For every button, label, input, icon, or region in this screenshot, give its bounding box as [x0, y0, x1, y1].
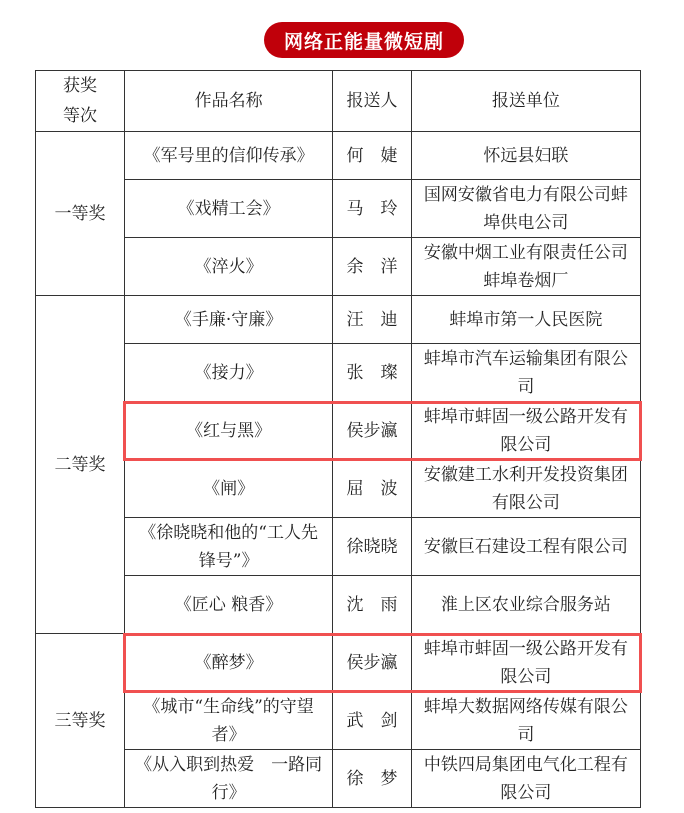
- unit-cell: 安徽巨石建设工程有限公司: [411, 518, 640, 576]
- table-row: 三等奖《醉梦》侯步瀛蚌埠市蚌固一级公路开发有限公司: [36, 634, 641, 692]
- table-row: 《红与黑》侯步瀛蚌埠市蚌固一级公路开发有限公司: [36, 402, 641, 460]
- work-cell: 《军号里的信仰传承》: [124, 132, 332, 180]
- work-cell: 《闸》: [124, 460, 332, 518]
- rank-cell: 二等奖: [36, 296, 125, 634]
- person-cell: 武 剑: [333, 692, 412, 750]
- unit-cell: 中铁四局集团电气化工程有限公司: [411, 750, 640, 808]
- unit-cell: 蚌埠市蚌固一级公路开发有限公司: [411, 634, 640, 692]
- header-rank-line2: 等次: [63, 106, 97, 126]
- header-work: 作品名称: [124, 71, 332, 132]
- person-cell: 侯步瀛: [333, 634, 412, 692]
- work-cell: 《醉梦》: [124, 634, 332, 692]
- header-rank: 获奖等次: [36, 71, 125, 132]
- unit-cell: 蚌埠大数据网络传媒有限公司: [411, 692, 640, 750]
- header-person: 报送人: [333, 71, 412, 132]
- work-cell: 《接力》: [124, 344, 332, 402]
- title-area: 网络正能量微短剧: [0, 0, 684, 68]
- person-cell: 汪 迪: [333, 296, 412, 344]
- person-cell: 徐 梦: [333, 750, 412, 808]
- section-title-badge: 网络正能量微短剧: [264, 22, 464, 58]
- work-cell: 《徐晓晓和他的“工人先锋号”》: [124, 518, 332, 576]
- person-cell: 屈 波: [333, 460, 412, 518]
- person-cell: 马 玲: [333, 180, 412, 238]
- table-row: 一等奖《军号里的信仰传承》何 婕怀远县妇联: [36, 132, 641, 180]
- table-row: 《戏精工会》马 玲国网安徽省电力有限公司蚌埠供电公司: [36, 180, 641, 238]
- table-header-row: 获奖等次 作品名称 报送人 报送单位: [36, 71, 641, 132]
- work-cell: 《从入职到热爱 一路同行》: [124, 750, 332, 808]
- work-cell: 《红与黑》: [124, 402, 332, 460]
- table-row: 《淬火》余 洋安徽中烟工业有限责任公司蚌埠卷烟厂: [36, 238, 641, 296]
- unit-cell: 蚌埠市第一人民医院: [411, 296, 640, 344]
- person-cell: 徐晓晓: [333, 518, 412, 576]
- rank-cell: 一等奖: [36, 132, 125, 296]
- header-unit: 报送单位: [411, 71, 640, 132]
- unit-cell: 怀远县妇联: [411, 132, 640, 180]
- unit-cell: 安徽建工水利开发投资集团有限公司: [411, 460, 640, 518]
- unit-cell: 蚌埠市蚌固一级公路开发有限公司: [411, 402, 640, 460]
- work-cell: 《匠心 粮香》: [124, 576, 332, 634]
- table-row: 《接力》张 璨蚌埠市汽车运输集团有限公司: [36, 344, 641, 402]
- table-row: 《闸》屈 波安徽建工水利开发投资集团有限公司: [36, 460, 641, 518]
- unit-cell: 国网安徽省电力有限公司蚌埠供电公司: [411, 180, 640, 238]
- rank-cell: 三等奖: [36, 634, 125, 808]
- unit-cell: 蚌埠市汽车运输集团有限公司: [411, 344, 640, 402]
- table-row: 二等奖《手廉·守廉》汪 迪蚌埠市第一人民医院: [36, 296, 641, 344]
- unit-cell: 淮上区农业综合服务站: [411, 576, 640, 634]
- work-cell: 《城市“生命线”的守望者》: [124, 692, 332, 750]
- header-rank-line1: 获奖: [63, 76, 97, 96]
- person-cell: 余 洋: [333, 238, 412, 296]
- awards-table: 获奖等次 作品名称 报送人 报送单位 一等奖《军号里的信仰传承》何 婕怀远县妇联…: [35, 70, 641, 808]
- table-row: 《城市“生命线”的守望者》武 剑蚌埠大数据网络传媒有限公司: [36, 692, 641, 750]
- person-cell: 张 璨: [333, 344, 412, 402]
- table-row: 《从入职到热爱 一路同行》徐 梦中铁四局集团电气化工程有限公司: [36, 750, 641, 808]
- unit-cell: 安徽中烟工业有限责任公司蚌埠卷烟厂: [411, 238, 640, 296]
- table-row: 《匠心 粮香》沈 雨淮上区农业综合服务站: [36, 576, 641, 634]
- work-cell: 《手廉·守廉》: [124, 296, 332, 344]
- work-cell: 《戏精工会》: [124, 180, 332, 238]
- work-cell: 《淬火》: [124, 238, 332, 296]
- person-cell: 何 婕: [333, 132, 412, 180]
- table-row: 《徐晓晓和他的“工人先锋号”》徐晓晓安徽巨石建设工程有限公司: [36, 518, 641, 576]
- person-cell: 侯步瀛: [333, 402, 412, 460]
- person-cell: 沈 雨: [333, 576, 412, 634]
